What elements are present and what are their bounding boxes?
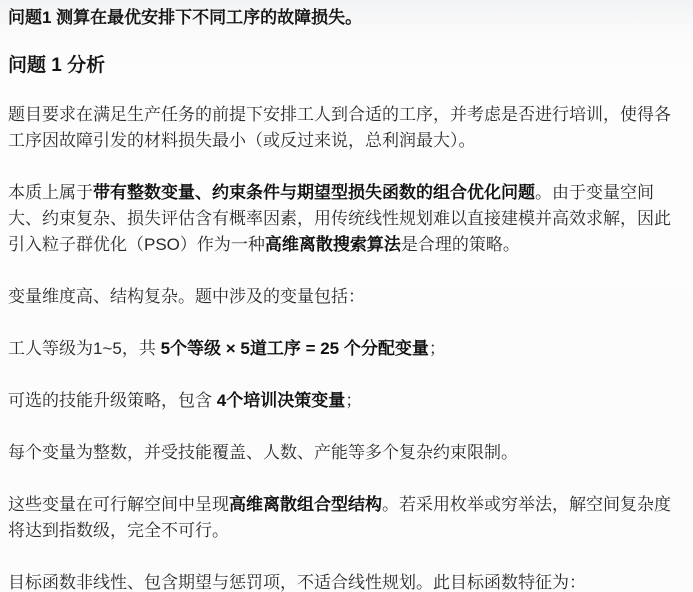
paragraph: 每个变量为整数，并受技能覆盖、人数、产能等多个复杂约束限制。 <box>8 440 686 466</box>
bold-text-segment: 4个培训决策变量 <box>217 391 345 410</box>
bold-text-segment: 5个等级 × 5道工序 = 25 个分配变量 <box>161 339 429 358</box>
text-segment: 这些变量在可行解空间中呈现 <box>8 495 229 514</box>
document: 问题1 测算在最优安排下不同工序的故障损失。 问题 1 分析 题目要求在满足生产… <box>0 0 693 592</box>
text-segment: 可选的技能升级策略，包含 <box>8 391 217 410</box>
text-segment: 变量维度高、结构复杂。题中涉及的变量包括： <box>8 287 365 306</box>
text-segment: 每个变量为整数，并受技能覆盖、人数、产能等多个复杂约束限制。 <box>8 443 518 462</box>
paragraph: 变量维度高、结构复杂。题中涉及的变量包括： <box>8 284 686 310</box>
paragraph-container: 题目要求在满足生产任务的前提下安排工人到合适的工序，并考虑是否进行培训，使得各工… <box>8 102 686 592</box>
text-segment: 是合理的策略。 <box>401 235 520 254</box>
text-segment: 本质上属于 <box>8 183 93 202</box>
bold-text-segment: 高维离散搜索算法 <box>265 235 401 254</box>
paragraph: 题目要求在满足生产任务的前提下安排工人到合适的工序，并考虑是否进行培训，使得各工… <box>8 102 686 154</box>
bold-text-segment: 带有整数变量、约束条件与期望型损失函数的组合优化问题 <box>93 183 535 202</box>
paragraph: 本质上属于带有整数变量、约束条件与期望型损失函数的组合优化问题。由于变量空间大、… <box>8 180 686 258</box>
document-title: 问题1 测算在最优安排下不同工序的故障损失。 <box>8 7 686 29</box>
paragraph: 这些变量在可行解空间中呈现高维离散组合型结构。若采用枚举或穷举法，解空间复杂度将… <box>8 492 686 544</box>
paragraph: 目标函数非线性、包含期望与惩罚项，不适合线性规划。此目标函数特征为： <box>8 570 686 592</box>
text-segment: ； <box>429 339 446 358</box>
bold-text-segment: 高维离散组合型结构 <box>229 495 382 514</box>
text-segment: 工人等级为1~5，共 <box>8 339 161 358</box>
text-segment: 题目要求在满足生产任务的前提下安排工人到合适的工序，并考虑是否进行培训，使得各工… <box>8 105 671 150</box>
paragraph: 工人等级为1~5，共 5个等级 × 5道工序 = 25 个分配变量； <box>8 336 686 362</box>
section-heading: 问题 1 分析 <box>8 55 686 77</box>
text-segment: ； <box>345 391 362 410</box>
paragraph: 可选的技能升级策略，包含 4个培训决策变量； <box>8 388 686 414</box>
text-segment: 目标函数非线性、包含期望与惩罚项，不适合线性规划。此目标函数特征为： <box>8 573 586 592</box>
